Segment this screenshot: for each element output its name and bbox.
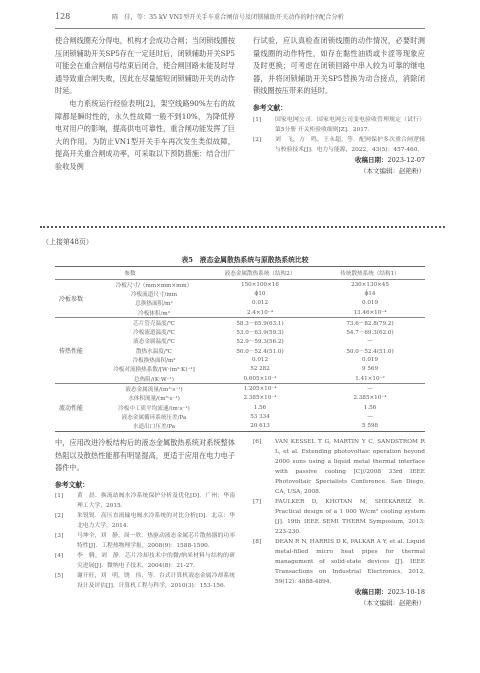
reference-number: [2] <box>55 511 77 531</box>
value-cell: 150×100×16 <box>205 280 315 290</box>
param-cell: 液态金属循环系统压差/Pa <box>103 412 205 421</box>
reference-item: [4] 李 腾，刘 静．芯片冷却技术中的微/纳米材料与结构的研究进展[J]．微纳… <box>55 551 235 571</box>
editor-note: （本文编辑：赵艳粉） <box>253 598 425 609</box>
reference-number: [7] <box>253 497 275 537</box>
header-divider <box>55 28 425 29</box>
paragraph: 电力系统运行经验表明[2]，架空线路90%左右的故障都是瞬时性的，永久性故障一般… <box>55 98 235 174</box>
param-cell: 总热阻/(K·W⁻¹) <box>103 374 205 384</box>
page-header: 128 陈 佳，等：35 kV VN1型开关手车重合闸信号及闭锁辅助开关动作的时… <box>55 12 425 26</box>
reference-text: VAN KESSEL T G, MARTIN Y C, SANDSTROM R … <box>275 437 425 497</box>
reference-number: [1] <box>253 115 275 135</box>
param-cell: 冷板中工质平均流速/(m·s⁻¹) <box>103 403 205 412</box>
param-cell: 液态金属温度/℃ <box>103 337 205 346</box>
reference-text: FAULKER D, KHOTAN M, SHEKARRIZ R. Practi… <box>275 497 425 537</box>
article-separator <box>40 226 445 228</box>
param-cell: 水道出口压差/Pa <box>103 421 205 431</box>
value-cell: 2.385×10⁻⁴ <box>315 394 425 403</box>
reference-number: [6] <box>253 437 275 497</box>
reference-text: DEAN R N, HARRIS D K, PALKAR A Y, et al.… <box>275 537 425 587</box>
value-cell: 54.7－69.3(62.0) <box>315 327 425 336</box>
table-row: 流动性能 液态金属流量/(m³·s⁻¹) 1.205×10⁻⁴ — <box>55 384 425 394</box>
received-date: 收稿日期：2023-10-18 <box>253 587 425 598</box>
param-cell: 冷板流道温度/℃ <box>103 327 205 336</box>
table-row: 冷板参数 冷板尺寸/（mm×mm×mm） 150×100×16 230×130×… <box>55 280 425 290</box>
top-article-left-column: 使合闸线圈充分得电，机构才会成功合闸；当闭锁线圈按压闭锁辅助开关SP5存在一定延… <box>55 35 235 174</box>
param-cell: 水体积流量/(m³·s⁻¹) <box>103 394 205 403</box>
table-row: 水体积流量/(m³·s⁻¹) 2.385×10⁻⁴ 2.385×10⁻⁴ <box>55 394 425 403</box>
value-cell: 50.0－52.4(51.0) <box>205 346 315 355</box>
value-cell: 58.3－65.9(63.1) <box>205 318 315 328</box>
table-row: 冷板流道尺寸/mm ϕ10 ϕ14 <box>55 289 425 298</box>
reference-item: [3] 马坤全，刘 静，周一欣．热驱动液态金属芯片散热器的功率特性[J]．工程热… <box>55 531 235 551</box>
top-article-right-column: 行试验，应认真检查闭锁线圈的动作情况，必要时测量线圈的动作特性，如存在黏性油质或… <box>253 35 425 177</box>
running-title: 陈 佳，等：35 kV VN1型开关手车重合闸信号及闭锁辅助开关动作的时序配合分… <box>112 12 344 21</box>
paragraph: 使合闸线圈充分得电，机构才会成功合闸；当闭锁线圈按压闭锁辅助开关SP5存在一定延… <box>55 35 235 98</box>
reference-item: [5] 谢开旺，刘 明，饶 伟，等．台式计算机液态金属冷却系统设计及评估[J]．… <box>55 571 235 591</box>
param-cell: 芯片管壳温度/℃ <box>103 318 205 328</box>
table-header-row: 参数 液态金属散热系统（结构2） 传统散热系统（结构1） <box>55 267 425 280</box>
param-cell: 冷板尺寸/（mm×mm×mm） <box>103 280 205 290</box>
column-header: 参数 <box>55 267 205 280</box>
value-cell: 1.205×10⁻⁴ <box>205 384 315 394</box>
reference-item: [1] 黄 晨．换流站阀水冷系统保护分析及优化[D]．广州：华南理工大学，201… <box>55 491 235 511</box>
reference-number: [2] <box>253 135 275 155</box>
reference-number: [8] <box>253 537 275 587</box>
references-heading: 参考文献： <box>55 479 235 492</box>
value-cell: 9 569 <box>315 365 425 374</box>
value-cell: 53 334 <box>205 412 315 421</box>
param-cell: 冷板对流换热系数/[W·(m²·K)⁻¹] <box>103 365 205 374</box>
reference-text: 国家电网公司．国家电网公司变电验收管理规定（试行）第5分册 开关柜验收细则[Z]… <box>275 115 425 135</box>
reference-item: [1] 国家电网公司．国家电网公司变电验收管理规定（试行）第5分册 开关柜验收细… <box>253 115 425 135</box>
table-row: 总换热面积/m² 0.012 0.019 <box>55 299 425 308</box>
table-row: 液态金属温度/℃ 52.9－59.3(56.2) — <box>55 337 425 346</box>
reference-number: [4] <box>55 551 77 571</box>
param-cell: 液态金属流量/(m³·s⁻¹) <box>103 384 205 394</box>
reference-item: [2] 刘 飞，方 鸣，王永超，等．配网保护多次重合闸逻辑与校验技术[J]．电力… <box>253 135 425 155</box>
value-cell: 13.46×10⁻⁴ <box>315 308 425 318</box>
reference-text: 黄 晨．换流站阀水冷系统保护分析及优化[D]．广州：华南理工大学，2015． <box>77 491 235 511</box>
reference-item: [6] VAN KESSEL T G, MARTIN Y C, SANDSTRO… <box>253 437 425 497</box>
continued-note: （上接第48页） <box>42 237 93 247</box>
param-cell: 散热水温度/℃ <box>103 346 205 355</box>
value-cell: — <box>315 384 425 394</box>
value-cell: 0.012 <box>205 355 315 364</box>
value-cell: 1.56 <box>315 403 425 412</box>
reference-text: 李 腾，刘 静．芯片冷却技术中的微/纳米材料与结构的研究进展[J]．微纳电子技术… <box>77 551 235 571</box>
value-cell: 0.019 <box>315 299 425 308</box>
reference-text: 朱锐锐．高压直流输电阀水冷系统的对比分析[D]．北京：华北电力大学，2014． <box>77 511 235 531</box>
column-header: 传统散热系统（结构1） <box>315 267 425 280</box>
table-row: 总热阻/(K·W⁻¹) 0.605×10⁻² 1.41×10⁻² <box>55 374 425 384</box>
value-cell: — <box>315 337 425 346</box>
reference-text: 刘 飞，方 鸣，王永超，等．配网保护多次重合闸逻辑与校验技术[J]．电力与能源，… <box>275 135 425 155</box>
param-cell: 冷板流道尺寸/mm <box>103 289 205 298</box>
param-cell: 总换热面积/m² <box>103 299 205 308</box>
reference-number: [3] <box>55 531 77 551</box>
bottom-article-left-column: 中，应用改进冷板结构后的液态金属散热系统对系统整体热阻以及散热性能都有明显提高，… <box>55 437 235 591</box>
reference-item: [7] FAULKER D, KHOTAN M, SHEKARRIZ R. Pr… <box>253 497 425 537</box>
value-cell: 1.41×10⁻² <box>315 374 425 384</box>
row-category: 冷板参数 <box>55 280 103 318</box>
table-row: 冷板体积/m³ 2.4×10⁻⁴ 13.46×10⁻⁴ <box>55 308 425 318</box>
table-row: 冷板对流换热系数/[W·(m²·K)⁻¹] 52 282 9 569 <box>55 365 425 374</box>
received-date: 收稿日期：2023-12-07 <box>253 155 425 166</box>
value-cell: 0.012 <box>205 299 315 308</box>
value-cell: 5 598 <box>315 421 425 431</box>
received-label: 收稿日期： <box>355 588 388 596</box>
reference-text: 马坤全，刘 静，周一欣．热驱动液态金属芯片散热器的功率特性[J]．工程热物理学报… <box>77 531 235 551</box>
value-cell: 0.605×10⁻² <box>205 374 315 384</box>
value-cell: 73.6－82.8(79.2) <box>315 318 425 328</box>
value-cell: 2.4×10⁻⁴ <box>205 308 315 318</box>
table-row: 传热性能 芯片管壳温度/℃ 58.3－65.9(63.1) 73.6－82.8(… <box>55 318 425 328</box>
column-header: 液态金属散热系统（结构2） <box>205 267 315 280</box>
value-cell: ϕ14 <box>315 289 425 298</box>
table-row: 液态金属循环系统压差/Pa 53 334 — <box>55 412 425 421</box>
table-row: 散热水温度/℃ 50.0－52.4(51.0) 50.0－52.4(51.0) <box>55 346 425 355</box>
comparison-table: 参数 液态金属散热系统（结构2） 传统散热系统（结构1） 冷板参数 冷板尺寸/（… <box>55 266 425 432</box>
editor-note: （本文编辑：赵艳粉） <box>253 166 425 177</box>
bottom-article-right-column: [6] VAN KESSEL T G, MARTIN Y C, SANDSTRO… <box>253 437 425 609</box>
value-cell: 230×130×45 <box>315 280 425 290</box>
param-cell: 冷板换热面积/m² <box>103 355 205 364</box>
page-number: 128 <box>55 12 70 21</box>
value-cell: 2.385×10⁻⁴ <box>205 394 315 403</box>
row-category: 流动性能 <box>55 384 103 431</box>
table-row: 冷板中工质平均流速/(m·s⁻¹) 1.56 1.56 <box>55 403 425 412</box>
received-date-value: 2023-12-07 <box>388 156 425 164</box>
references-heading: 参考文献： <box>253 102 425 115</box>
value-cell: 52 282 <box>205 365 315 374</box>
value-cell: 20 613 <box>205 421 315 431</box>
value-cell: ϕ10 <box>205 289 315 298</box>
value-cell: 50.0－52.4(51.0) <box>315 346 425 355</box>
received-date-value: 2023-10-18 <box>388 588 425 596</box>
table-row: 冷板换热面积/m² 0.012 0.019 <box>55 355 425 364</box>
table-row: 水道出口压差/Pa 20 613 5 598 <box>55 421 425 431</box>
value-cell: 52.9－59.3(56.2) <box>205 337 315 346</box>
reference-item: [2] 朱锐锐．高压直流输电阀水冷系统的对比分析[D]．北京：华北电力大学，20… <box>55 511 235 531</box>
value-cell: 0.019 <box>315 355 425 364</box>
reference-item: [8] DEAN R N, HARRIS D K, PALKAR A Y, et… <box>253 537 425 587</box>
received-label: 收稿日期： <box>355 156 388 164</box>
paragraph: 中，应用改进冷板结构后的液态金属散热系统对系统整体热阻以及散热性能都有明显提高，… <box>55 437 235 475</box>
value-cell: 53.0－63.9(59.3) <box>205 327 315 336</box>
reference-number: [1] <box>55 491 77 511</box>
param-cell: 冷板体积/m³ <box>103 308 205 318</box>
paragraph: 行试验，应认真检查闭锁线圈的动作情况，必要时测量线圈的动作特性，如存在黏性油质或… <box>253 35 425 98</box>
reference-text: 谢开旺，刘 明，饶 伟，等．台式计算机液态金属冷却系统设计及评估[J]．计算机工… <box>77 571 235 591</box>
table-caption: 表5 液态金属散热系统与原散热系统比较 <box>40 254 450 264</box>
reference-number: [5] <box>55 571 77 591</box>
value-cell: 1.56 <box>205 403 315 412</box>
table-row: 冷板流道温度/℃ 53.0－63.9(59.3) 54.7－69.3(62.0) <box>55 327 425 336</box>
value-cell: — <box>315 412 425 421</box>
row-category: 传热性能 <box>55 318 103 384</box>
